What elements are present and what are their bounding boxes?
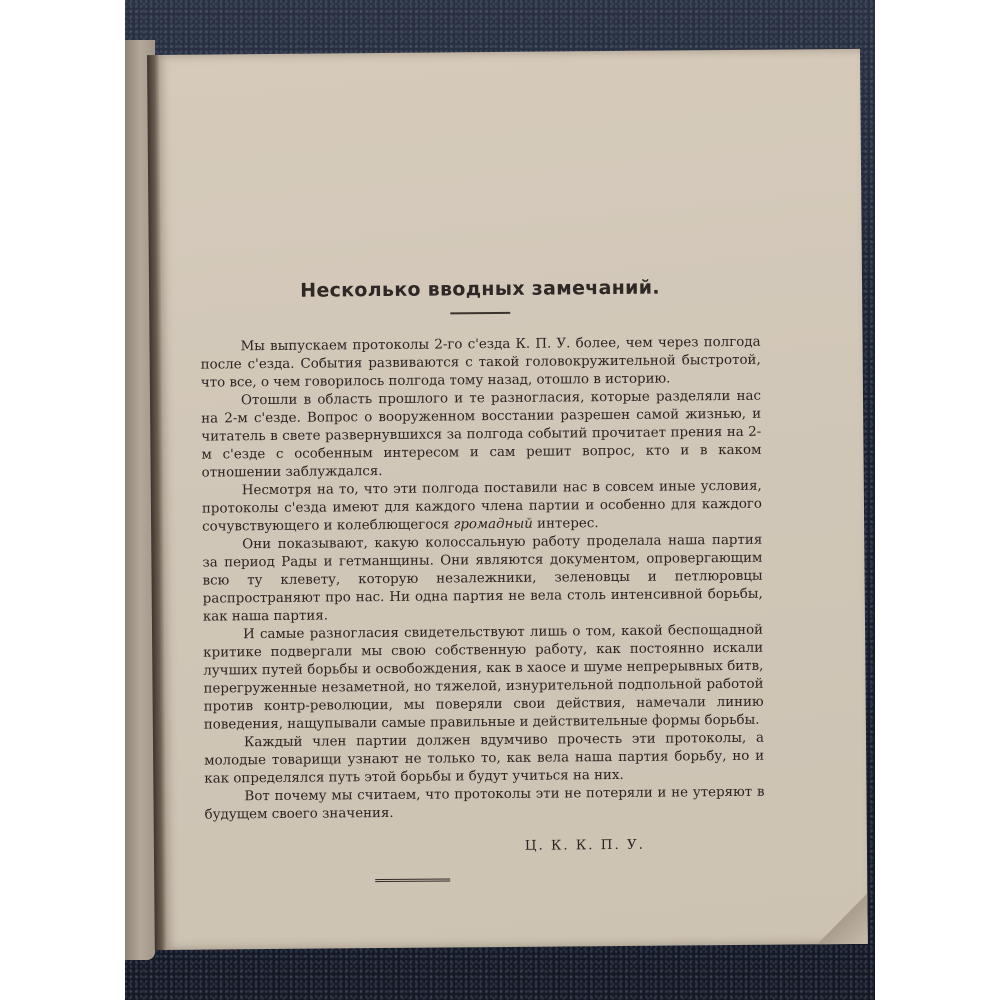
paragraph-5: И самые разногласия свидетельствуют лишь… xyxy=(203,622,764,735)
paragraph-7: Вот почему мы считаем, что протоколы эти… xyxy=(204,784,764,825)
signature: Ц. К. К. П. У. xyxy=(205,836,765,859)
page-title: Несколько вводных замечаний. xyxy=(200,278,760,301)
paragraph-1: Мы выпускаем протоколы 2-го с'езда К. П.… xyxy=(200,334,760,393)
end-divider xyxy=(375,878,450,884)
paragraph-3-emphasis: громадный xyxy=(453,517,532,533)
title-divider xyxy=(450,312,510,315)
paragraph-3-tail: интерес. xyxy=(533,516,599,532)
paragraph-2: Отошли в область прошлого и те разноглас… xyxy=(201,388,762,483)
photo-background: Несколько вводных замечаний. Мы выпускае… xyxy=(125,0,875,1000)
book-page: Несколько вводных замечаний. Мы выпускае… xyxy=(155,49,868,950)
paragraph-6: Каждый член партии должен вдумчиво проче… xyxy=(204,730,764,789)
paragraph-3: Несмотря на то, что эти полгода поставил… xyxy=(202,478,762,537)
page-content: Несколько вводных замечаний. Мы выпускае… xyxy=(200,278,765,886)
folded-corner xyxy=(817,894,867,944)
paragraph-4: Они показывают, какую колоссальную работ… xyxy=(202,532,763,627)
